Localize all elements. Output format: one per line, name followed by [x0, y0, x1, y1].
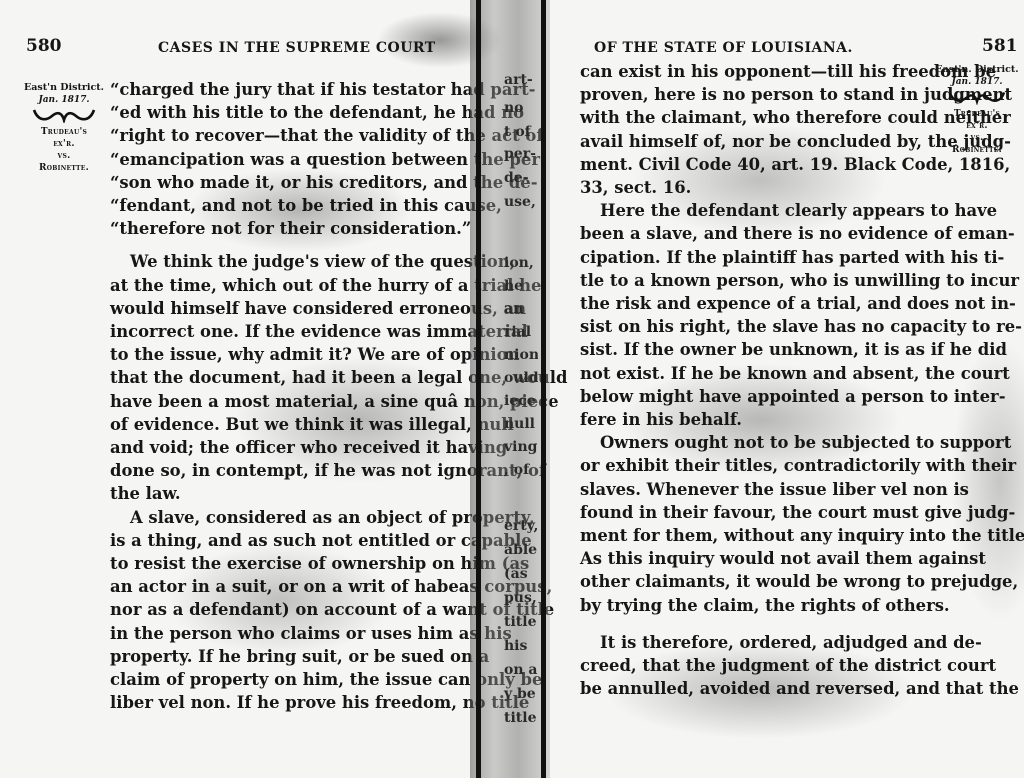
text-line: sist. If the owner be unknown, it is as …	[580, 338, 932, 361]
margin-note: East'n. District. Jan. 1817. Trudeau's e…	[930, 64, 1024, 156]
gutter-fragment: per-	[504, 146, 536, 162]
text-line: We think the judge's view of the questio…	[110, 250, 466, 273]
text-line: cipation. If the plaintiff has parted wi…	[580, 246, 932, 269]
gutter-fragment: able	[504, 542, 537, 558]
text-line: below might have appointed a person to i…	[580, 385, 932, 408]
text-line: “emancipation was a question between the…	[110, 148, 466, 171]
margin-term: Jan. 1817.	[18, 94, 110, 106]
gutter-fragment: nion	[504, 347, 538, 363]
gutter-fragment: title	[504, 710, 536, 726]
gutter-fragment: ving	[504, 439, 537, 455]
text-line: “fendant, and not to be tried in this ca…	[110, 194, 466, 217]
text-line: to resist the exercise of ownership on h…	[110, 552, 466, 575]
gutter-fragment: (as	[504, 566, 528, 582]
gutter-fragment: title	[504, 614, 536, 630]
text-line: tle to a known person, who is unwilling …	[580, 269, 932, 292]
left-page: 580 Cases in the Supreme Court East'n Di…	[0, 0, 480, 778]
margin-party-1b: ex'r.	[930, 120, 1024, 132]
text-line: 33, sect. 16.	[580, 176, 932, 199]
left-body-text: “charged the jury that if his testator h…	[110, 78, 466, 714]
margin-note: East'n District. Jan. 1817. Trudeau's ex…	[18, 82, 110, 174]
margin-party-1: Trudeau's	[18, 126, 110, 138]
gutter-fragment: erty,	[504, 518, 538, 534]
gutter-fragment: on a	[504, 662, 537, 678]
gutter-fragment: null	[504, 416, 535, 432]
margin-party-1: Trudeau's	[930, 108, 1024, 120]
gutter-fragment: y be	[504, 686, 536, 702]
gutter-fragment: his	[504, 638, 527, 654]
gutter-fragment: ould	[504, 370, 538, 386]
text-line: the law.	[110, 482, 466, 505]
text-line: As this inquiry would not avail them aga…	[580, 547, 932, 570]
text-line: to the issue, why admit it? We are of op…	[110, 343, 466, 366]
text-line: other claimants, it would be wrong to pr…	[580, 570, 932, 593]
gutter-fragment: iece	[504, 393, 536, 409]
text-line: ment for them, without any inquiry into …	[580, 524, 932, 547]
text-line: ment. Civil Code 40, art. 19. Black Code…	[580, 153, 932, 176]
text-line: done so, in contempt, if he was not igno…	[110, 459, 466, 482]
gutter-fragment: pus,	[504, 590, 537, 606]
running-head: Cases in the Supreme Court	[158, 40, 436, 56]
curly-brace-icon	[948, 89, 1006, 105]
spine-shadow-left	[476, 0, 481, 778]
text-line: of evidence. But we think it was illegal…	[110, 413, 466, 436]
text-line: be annulled, avoided and reversed, and t…	[580, 677, 932, 700]
text-line: is a thing, and as such not entitled or …	[110, 529, 466, 552]
page-number: 580	[26, 36, 62, 56]
gutter-fragment: he	[504, 278, 523, 294]
margin-party-1b: ex'r.	[18, 138, 110, 150]
text-line: been a slave, and there is no evidence o…	[580, 222, 932, 245]
page-number: 581	[982, 36, 1018, 56]
text-line: avail himself of, nor be concluded by, t…	[580, 130, 932, 153]
text-line: or exhibit their titles, contradictorily…	[580, 454, 932, 477]
text-line: liber vel non. If he prove his freedom, …	[110, 691, 466, 714]
gutter-fragment: no	[504, 100, 524, 116]
text-line: with the claimant, who therefore could n…	[580, 106, 932, 129]
text-line: property. If he bring suit, or be sued o…	[110, 645, 466, 668]
text-line: It is therefore, ordered, adjudged and d…	[580, 631, 932, 654]
text-line: found in their favour, the court must gi…	[580, 501, 932, 524]
text-line: “therefore not for their consideration.”	[110, 217, 466, 240]
margin-versus: vs.	[930, 132, 1024, 144]
spine-shadow-right	[541, 0, 546, 778]
margin-term: Jan. 1817.	[930, 76, 1024, 88]
right-body-text: can exist in his opponent—till his freed…	[580, 60, 932, 700]
text-line: “son who made it, or his creditors, and …	[110, 171, 466, 194]
text-line: “charged the jury that if his testator h…	[110, 78, 466, 101]
margin-versus: vs.	[18, 150, 110, 162]
margin-party-2: Robinette.	[930, 144, 1024, 156]
gutter-bleed-text: art- no t of per- de- use, ion, he an ri…	[500, 0, 538, 778]
text-line: Owners ought not to be subjected to supp…	[580, 431, 932, 454]
text-line: have been a most material, a sine quâ no…	[110, 390, 466, 413]
gutter-fragment: rial	[504, 324, 531, 340]
text-line: can exist in his opponent—till his freed…	[580, 60, 932, 83]
text-line: sist on his right, the slave has no capa…	[580, 315, 932, 338]
text-line: nor as a defendant) on account of a want…	[110, 598, 466, 621]
gutter-fragment: , of	[504, 462, 529, 478]
text-line: that the document, had it been a legal o…	[110, 366, 466, 389]
text-line: claim of property on him, the issue can …	[110, 668, 466, 691]
text-line: slaves. Whenever the issue liber vel non…	[580, 478, 932, 501]
curly-brace-icon	[32, 107, 96, 123]
gutter-fragment: de-	[504, 170, 529, 186]
gutter-fragment: use,	[504, 194, 536, 210]
margin-district: East'n District.	[18, 82, 110, 94]
text-line: by trying the claim, the rights of other…	[580, 594, 932, 617]
text-line: Here the defendant clearly appears to ha…	[580, 199, 932, 222]
text-line: “ed with his title to the defendant, he …	[110, 101, 466, 124]
margin-district: East'n. District.	[930, 64, 1024, 76]
running-head: Of the State of Louisiana.	[594, 40, 853, 56]
text-line: fere in his behalf.	[580, 408, 932, 431]
gutter-fragment: an	[504, 301, 523, 317]
text-line: not exist. If he be known and absent, th…	[580, 362, 932, 385]
text-line: an actor in a suit, or on a writ of habe…	[110, 575, 466, 598]
margin-party-2: Robinette.	[18, 162, 110, 174]
gutter-fragment: art-	[504, 72, 533, 88]
text-line: and void; the officer who received it ha…	[110, 436, 466, 459]
text-line: proven, here is no person to stand in ju…	[580, 83, 932, 106]
text-line: the risk and expence of a trial, and doe…	[580, 292, 932, 315]
text-line: in the person who claims or uses him as …	[110, 622, 466, 645]
text-line: creed, that the judgment of the district…	[580, 654, 932, 677]
right-page: Of the State of Louisiana. 581 can exist…	[548, 0, 1024, 778]
text-line: at the time, which out of the hurry of a…	[110, 274, 466, 297]
gutter-fragment: t of	[504, 124, 531, 140]
text-line: incorrect one. If the evidence was immat…	[110, 320, 466, 343]
text-line: would himself have considered erroneous,…	[110, 297, 466, 320]
gutter-fragment: ion,	[504, 255, 534, 271]
text-line: “right to recover—that the validity of t…	[110, 124, 466, 147]
text-line: A slave, considered as an object of prop…	[110, 506, 466, 529]
